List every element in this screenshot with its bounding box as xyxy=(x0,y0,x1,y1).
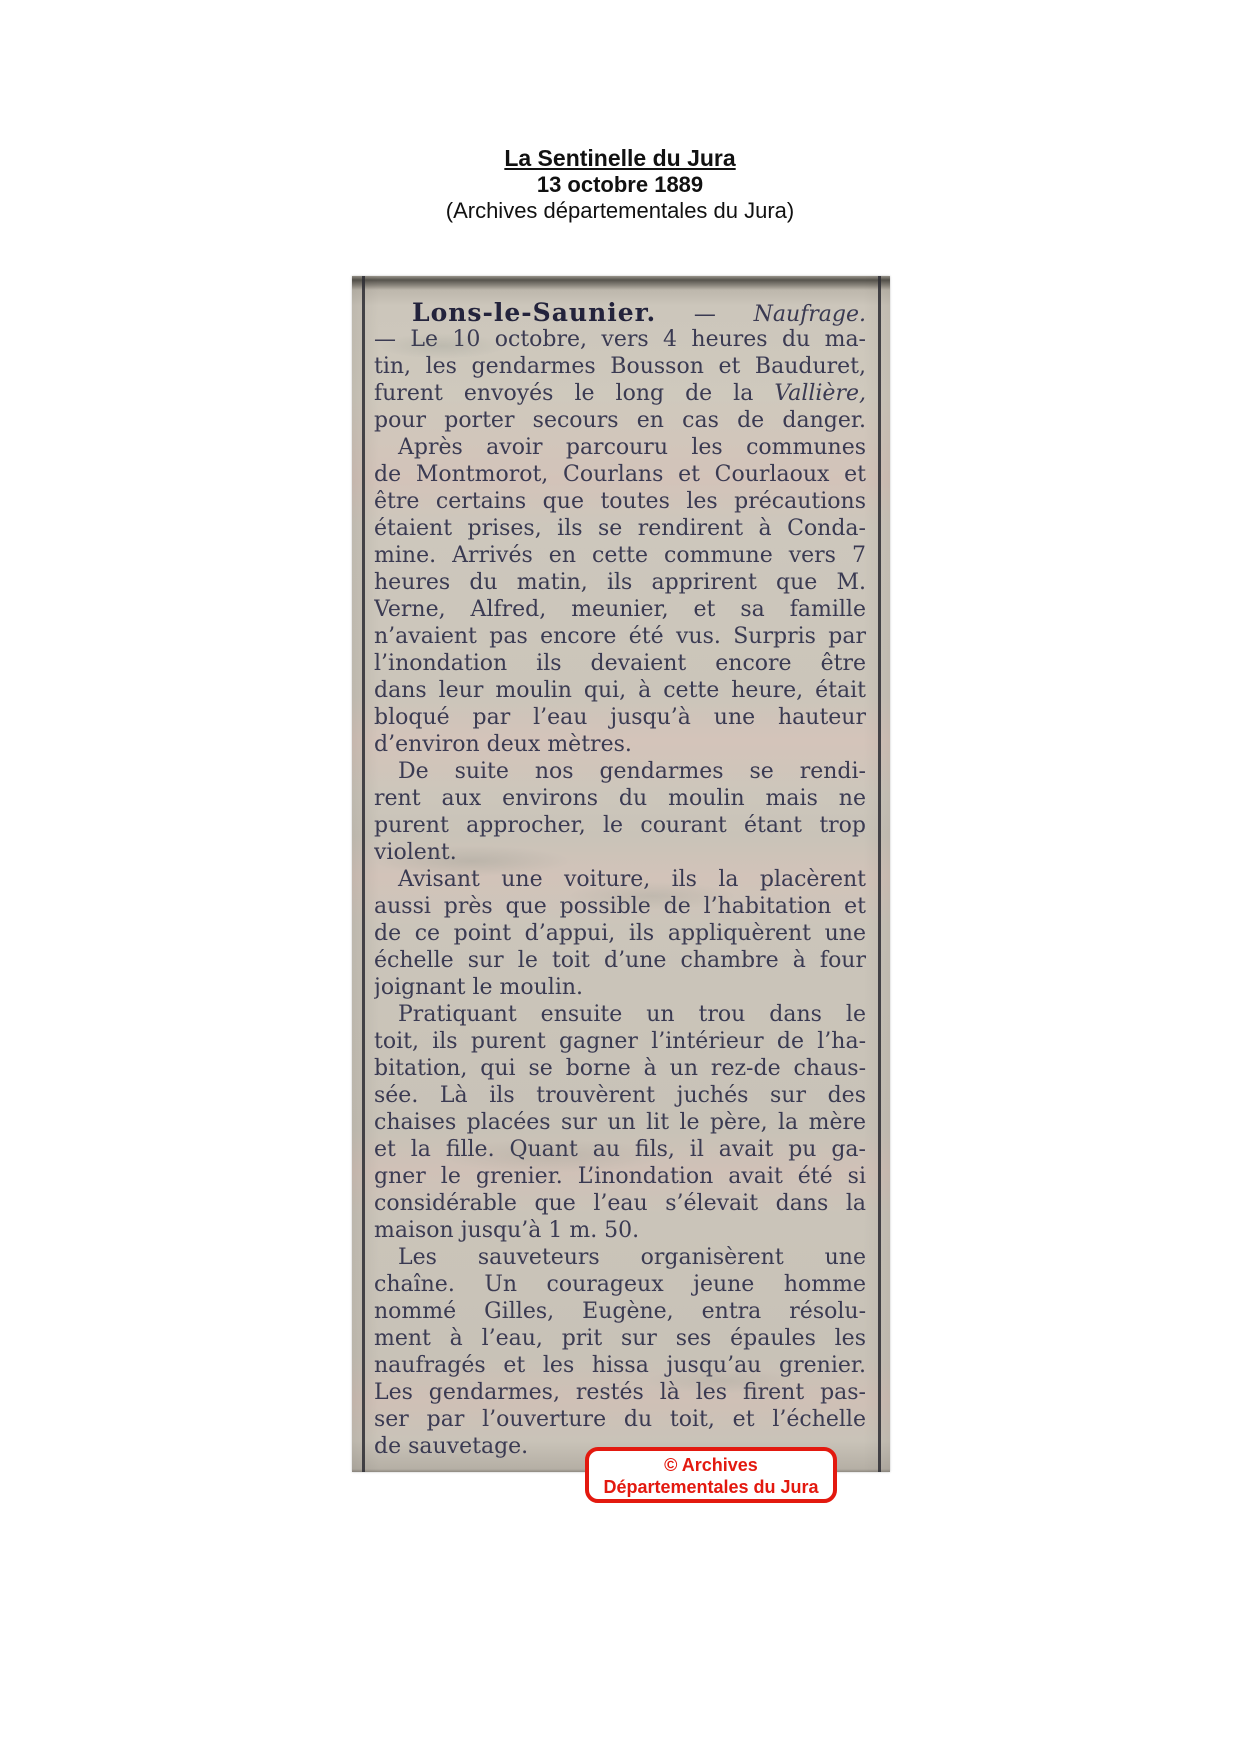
article-line: aussi près que possible de l’habitation … xyxy=(374,893,866,920)
article-line: dans leur moulin qui, à cette heure, éta… xyxy=(374,677,866,704)
article-line: toit, ils purent gagner l’intérieur de l… xyxy=(374,1028,866,1055)
article-line: ment à l’eau, prit sur ses épaules les xyxy=(374,1325,866,1352)
article-line: purent approcher, le courant étant trop xyxy=(374,812,866,839)
issue-date: 13 octobre 1889 xyxy=(0,172,1240,197)
article-line: étaient prises, ils se rendirent à Conda… xyxy=(374,515,866,542)
article-line: considérable que l’eau s’élevait dans la xyxy=(374,1190,866,1217)
copyright-stamp: © Archives Départementales du Jura xyxy=(585,1447,837,1503)
article-line: l’inondation ils devaient encore être xyxy=(374,650,866,677)
article-line: et la fille. Quant au fils, il avait pu … xyxy=(374,1136,866,1163)
article-line: Pratiquant ensuite un trou dans le xyxy=(374,1001,866,1028)
article-line: chaises placées sur un lit le père, la m… xyxy=(374,1109,866,1136)
article-line: d’environ deux mètres. xyxy=(374,731,866,758)
article-line: de Montmorot, Courlans et Courlaoux et xyxy=(374,461,866,488)
column-rule-right xyxy=(878,276,881,1472)
newspaper-title: La Sentinelle du Jura xyxy=(0,146,1240,171)
article-line: Verne, Alfred, meunier, et sa famille xyxy=(374,596,866,623)
article-line: maison jusqu’à 1 m. 50. xyxy=(374,1217,866,1244)
stamp-line-1: © Archives xyxy=(589,1454,833,1476)
article-line: échelle sur le toit d’une chambre à four xyxy=(374,947,866,974)
article-line: naufragés et les hissa jusqu’au grenier. xyxy=(374,1352,866,1379)
article-line: Les sauveteurs organisèrent une xyxy=(374,1244,866,1271)
article-line: pour porter secours en cas de danger. xyxy=(374,407,866,434)
article-line: Les gendarmes, restés là les firent pas- xyxy=(374,1379,866,1406)
article-line: rent aux environs du moulin mais ne xyxy=(374,785,866,812)
article-text: Lons-le-Saunier. — Naufrage.— Le 10 octo… xyxy=(374,299,866,1460)
article-line: n’avaient pas encore été vus. Surpris pa… xyxy=(374,623,866,650)
article-line: heures du matin, ils apprirent que M. xyxy=(374,569,866,596)
newspaper-clipping: Lons-le-Saunier. — Naufrage.— Le 10 octo… xyxy=(352,276,890,1472)
article-line: gner le grenier. L’inondation avait été … xyxy=(374,1163,866,1190)
article-line: De suite nos gendarmes se rendi- xyxy=(374,758,866,785)
article-line: sée. Là ils trouvèrent juchés sur des xyxy=(374,1082,866,1109)
document-header: La Sentinelle du Jura 13 octobre 1889 (A… xyxy=(0,146,1240,223)
article-line: nommé Gilles, Eugène, entra résolu- xyxy=(374,1298,866,1325)
archive-source: (Archives départementales du Jura) xyxy=(0,198,1240,223)
article-line: Lons-le-Saunier. — Naufrage. xyxy=(374,299,866,326)
page: { "colors":{"ink":"#3a3a52","paper":"#cb… xyxy=(0,0,1240,1754)
article-line: mine. Arrivés en cette commune vers 7 xyxy=(374,542,866,569)
article-line: furent envoyés le long de la Vallière, xyxy=(374,380,866,407)
article-line: tin, les gendarmes Bousson et Bauduret, xyxy=(374,353,866,380)
article-line: Avisant une voiture, ils la placèrent xyxy=(374,866,866,893)
column-rule-left xyxy=(362,276,365,1472)
article-line: chaîne. Un courageux jeune homme xyxy=(374,1271,866,1298)
article-line: — Le 10 octobre, vers 4 heures du ma- xyxy=(374,326,866,353)
stamp-line-2: Départementales du Jura xyxy=(589,1476,833,1498)
article-line: bloqué par l’eau jusqu’à une hauteur xyxy=(374,704,866,731)
article-line: ser par l’ouverture du toit, et l’échell… xyxy=(374,1406,866,1433)
article-line: être certains que toutes les précautions xyxy=(374,488,866,515)
article-line: joignant le moulin. xyxy=(374,974,866,1001)
article-line: bitation, qui se borne à un rez-de chaus… xyxy=(374,1055,866,1082)
article-line: violent. xyxy=(374,839,866,866)
article-line: de ce point d’appui, ils appliquèrent un… xyxy=(374,920,866,947)
article-line: Après avoir parcouru les communes xyxy=(374,434,866,461)
